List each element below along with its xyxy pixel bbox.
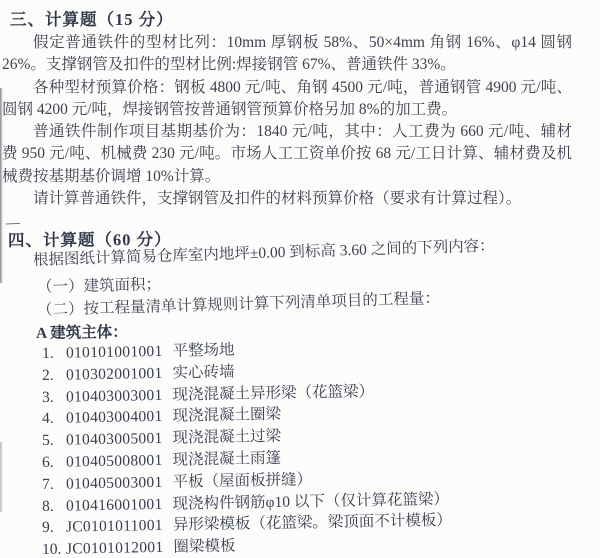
work-item-list: 1. 010101001001 平整场地 2. 010302001001 实心砖… bbox=[42, 343, 582, 558]
item-code: 010403004001 bbox=[66, 406, 163, 429]
item-number: 4. bbox=[42, 408, 66, 430]
item-desc: 平板（屋面板拼缝） bbox=[172, 469, 312, 493]
paragraph: 各种型材预算价格：钢板 4800 元/吨、角钢 4500 元/吨，普通钢管 49… bbox=[2, 77, 572, 122]
item-number: 10. bbox=[42, 539, 66, 558]
item-desc: 现浇混凝土雨篷 bbox=[172, 448, 281, 472]
section4-subitem-1: （一）建筑面积； bbox=[37, 275, 161, 297]
item-number: 6. bbox=[42, 452, 66, 474]
item-desc: 现浇混凝土过梁 bbox=[172, 426, 281, 450]
item-code: JC0101011001 bbox=[66, 515, 163, 538]
item-code: 010405008001 bbox=[66, 450, 163, 473]
item-number: 5. bbox=[42, 430, 66, 452]
item-number: 2. bbox=[42, 364, 66, 386]
item-number: 1. bbox=[42, 343, 66, 365]
item-desc: 现浇混凝土圈梁 bbox=[172, 404, 281, 428]
item-desc: 实心砖墙 bbox=[172, 361, 234, 384]
scanned-exam-page: — 三、计算题（15 分） 假定普通铁件的型材比列：10mm 厚钢板 58%、5… bbox=[0, 0, 600, 558]
item-code: 010302001001 bbox=[66, 363, 163, 386]
scan-edge-artifact bbox=[0, 442, 3, 512]
item-number: 9. bbox=[42, 517, 66, 539]
item-desc: 平整场地 bbox=[172, 340, 234, 363]
item-code: 010101001001 bbox=[66, 341, 163, 364]
item-code: JC0101012001 bbox=[66, 537, 164, 558]
section4-group-label: A 建筑主体： bbox=[36, 323, 128, 343]
item-code: 010405003001 bbox=[66, 472, 163, 495]
paragraph: 普通铁件制作项目基期基价为：1840 元/吨，其中：人工费为 660 元/吨、辅… bbox=[2, 121, 572, 188]
item-code: 010416001001 bbox=[66, 493, 163, 516]
item-code: 010403005001 bbox=[66, 428, 163, 451]
item-number: 3. bbox=[42, 386, 66, 408]
section3-body: 假定普通铁件的型材比列：10mm 厚钢板 58%、50×4mm 角钢 16%、φ… bbox=[2, 32, 572, 210]
paragraph: 假定普通铁件的型材比列：10mm 厚钢板 58%、50×4mm 角钢 16%、φ… bbox=[2, 32, 572, 77]
item-code: 010403003001 bbox=[66, 384, 163, 407]
item-number: 7. bbox=[42, 473, 66, 495]
section3-heading: 三、计算题（15 分） bbox=[10, 6, 174, 30]
item-number: 8. bbox=[42, 495, 66, 517]
paragraph: 请计算普通铁件，支撑钢管及扣件的材料预算价格（要求有计算过程）。 bbox=[2, 188, 572, 210]
item-desc: 圈梁模板 bbox=[173, 536, 235, 558]
